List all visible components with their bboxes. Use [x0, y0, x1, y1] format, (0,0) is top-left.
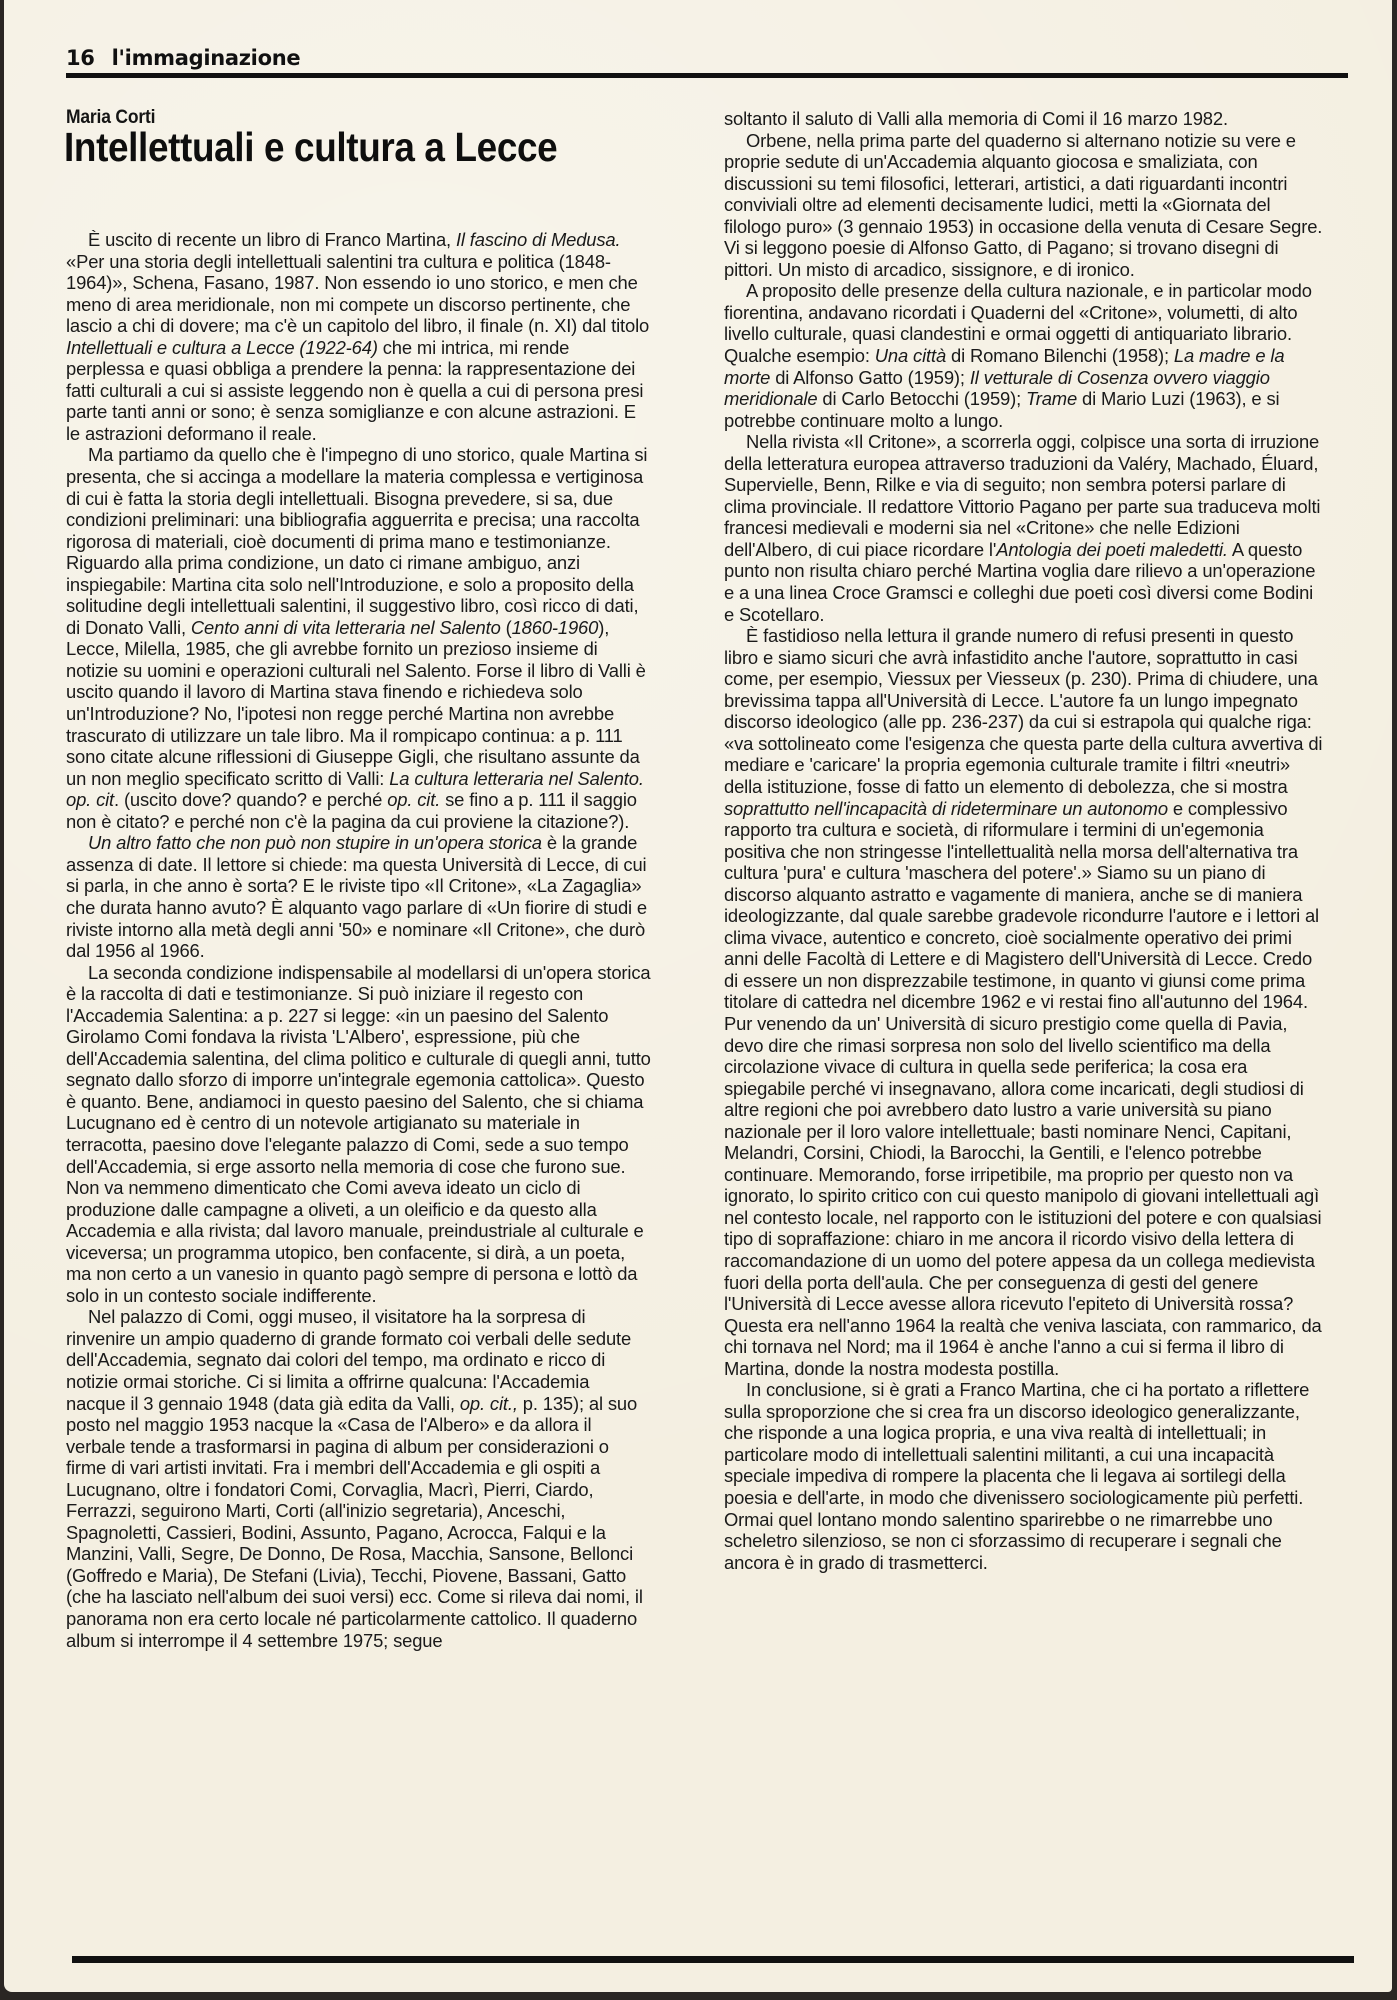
article-title: Intellettuali e cultura a Lecce	[64, 124, 557, 171]
text-run: di Alfonso Gatto (1959);	[770, 367, 970, 388]
body-paragraph: Nel palazzo di Comi, oggi museo, il visi…	[66, 1306, 651, 1651]
italic-text: Cento anni di vita letteraria nel Salent…	[191, 617, 501, 638]
text-run: p. 135); al suo posto nel maggio 1953 na…	[66, 1393, 643, 1651]
text-run: di Carlo Betocchi (1959);	[817, 388, 1026, 409]
italic-text: 1860-1960	[512, 617, 599, 638]
body-paragraph: Orbene, nella prima parte del quaderno s…	[724, 130, 1324, 281]
italic-text: soprattutto nell'incapacità di ridetermi…	[724, 798, 1168, 819]
body-paragraph: soltanto il saluto di Valli alla memoria…	[724, 108, 1324, 130]
page-number: 16	[66, 46, 95, 70]
body-paragraph: La seconda condizione indispensabile al …	[66, 962, 651, 1307]
text-run: di Romano Bilenchi (1958);	[946, 345, 1174, 366]
text-run: È uscito di recente un libro di Franco M…	[88, 229, 456, 250]
text-run: È fastidioso nella lettura il grande num…	[724, 625, 1322, 797]
left-column: È uscito di recente un libro di Franco M…	[66, 229, 651, 1651]
italic-text: op. cit.,	[460, 1393, 518, 1414]
italic-text: Intellettuali e cultura a Lecce (1922-64…	[66, 337, 378, 358]
body-paragraph: Un altro fatto che non può non stupire i…	[66, 832, 651, 961]
text-run: (	[501, 617, 512, 638]
text-run: soltanto il saluto di Valli alla memoria…	[724, 108, 1228, 129]
text-run: Orbene, nella prima parte del quaderno s…	[724, 130, 1322, 280]
italic-text: op. cit.	[387, 789, 440, 810]
publication-name: l'immaginazione	[112, 46, 301, 70]
italic-text: Antologia dei poeti maledetti.	[996, 539, 1228, 560]
text-run: «Per una storia degli intellettuali sale…	[66, 251, 649, 337]
footer-rule	[72, 1956, 1354, 1963]
header-rule	[66, 73, 1348, 78]
body-paragraph: È fastidioso nella lettura il grande num…	[724, 625, 1324, 1379]
text-run: . (uscito dove? quando? e perché	[114, 789, 387, 810]
text-run: La seconda condizione indispensabile al …	[66, 962, 651, 1306]
italic-text: Il fascino di Medusa.	[456, 229, 621, 250]
text-run: Ma partiamo da quello che è l'impegno di…	[66, 444, 647, 637]
running-head: 16 l'immaginazione	[66, 46, 300, 70]
text-run: ), Lecce, Milella, 1985, che gli avrebbe…	[66, 617, 646, 789]
text-run: In conclusione, si è grati a Franco Mart…	[724, 1379, 1309, 1572]
magazine-page: 16 l'immaginazione Maria Corti Intellett…	[4, 0, 1392, 1992]
body-paragraph: È uscito di recente un libro di Franco M…	[66, 229, 651, 444]
body-paragraph: Nella rivista «Il Critone», a scorrerla …	[724, 431, 1324, 625]
body-paragraph: Ma partiamo da quello che è l'impegno di…	[66, 444, 651, 832]
right-column: soltanto il saluto di Valli alla memoria…	[724, 108, 1324, 1573]
italic-text: Trame	[1026, 388, 1077, 409]
italic-text: Una città	[875, 345, 946, 366]
body-paragraph: A proposito delle presenze della cultura…	[724, 280, 1324, 431]
text-run: e complessivo rapporto tra cultura e soc…	[724, 798, 1322, 1379]
italic-text: Un altro fatto che non può non stupire i…	[88, 832, 542, 853]
body-paragraph: In conclusione, si è grati a Franco Mart…	[724, 1379, 1324, 1573]
